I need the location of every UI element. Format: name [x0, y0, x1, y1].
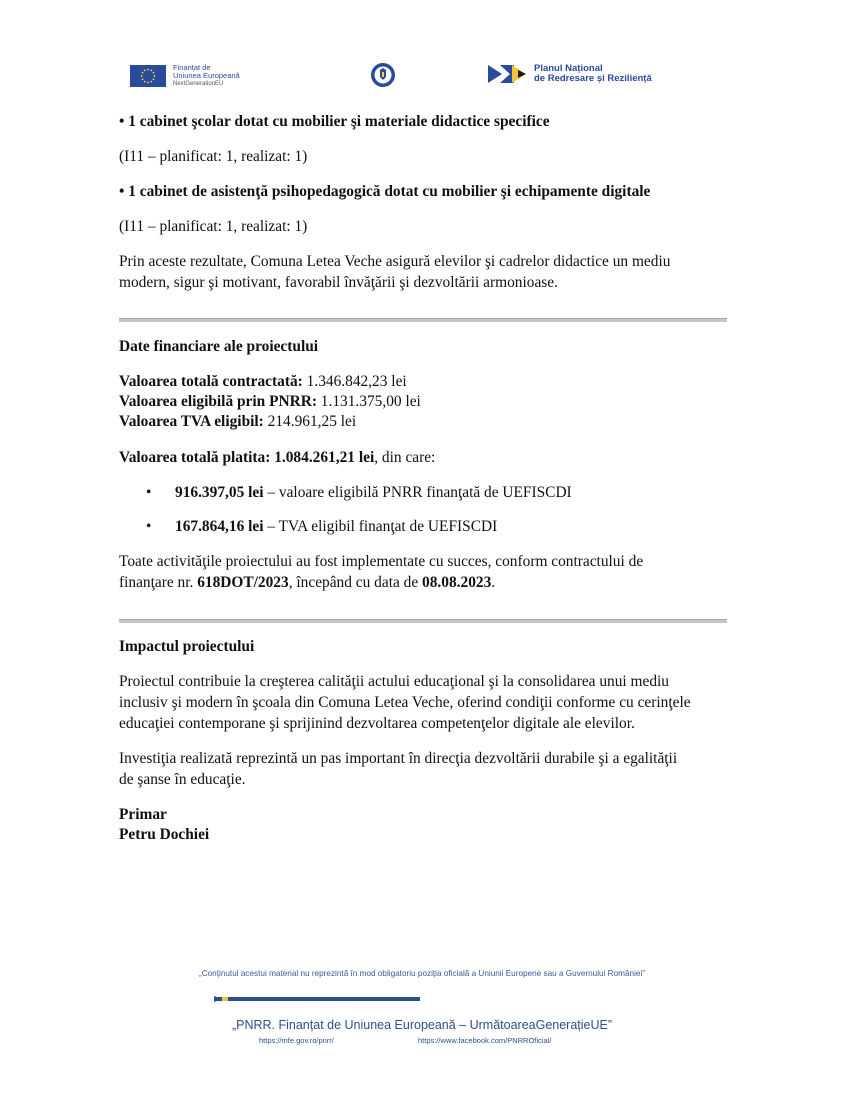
footer-arrow-icon: [214, 996, 222, 1002]
bullet-icon: •: [146, 482, 151, 503]
financial-row-label: Valoarea eligibilă prin PNRR:: [119, 393, 317, 410]
result-item-title: • 1 cabinet de asistenţă psihopedagogică…: [119, 181, 729, 202]
government-emblem-icon: [369, 61, 397, 89]
paid-label: Valoarea totală platita:: [119, 449, 274, 466]
document-page: Finanțat de Uniunea Europeană NextGenera…: [0, 0, 844, 1097]
impact-paragraph-line: inclusiv şi modern în şcoala din Comuna …: [119, 692, 729, 713]
conclusion-text: .: [491, 574, 495, 591]
pnrr-logo: Planul Național de Redresare și Rezilien…: [488, 64, 652, 84]
financial-row-label: Valoarea totală contractată:: [119, 373, 303, 390]
impact-paragraph-line: de şanse în educaţie.: [119, 769, 729, 790]
result-item-indicator: (I11 – planificat: 1, realizat: 1): [119, 216, 729, 237]
conclusion-line: Toate activităţile proiectului au fost i…: [119, 551, 729, 572]
impact-heading: Impactul proiectului: [119, 636, 729, 657]
eu-logo-line3: NextGenerationEU: [173, 80, 240, 88]
breakdown-desc: – TVA eligibil finanţat de UEFISCDI: [264, 518, 498, 535]
conclusion-line: finanţare nr. 618DOT/2023, începând cu d…: [119, 572, 729, 593]
impact-paragraph-line: Investiţia realizată reprezintă un pas i…: [119, 748, 729, 769]
results-summary-line: Prin aceste rezultate, Comuna Letea Vech…: [119, 251, 729, 272]
financial-row: Valoarea eligibilă prin PNRR: 1.131.375,…: [119, 391, 729, 412]
eu-flag-icon: [130, 65, 166, 87]
section-divider: [119, 619, 727, 623]
pnrr-arrow-icon: [488, 65, 528, 83]
footer-link-mfe[interactable]: https://mfe.gov.ro/pnrr/: [259, 1036, 334, 1045]
result-item-title: • 1 cabinet şcolar dotat cu mobilier şi …: [119, 111, 729, 132]
impact-paragraph-line: Proiectul contribuie la creşterea calită…: [119, 671, 729, 692]
financial-row-value: 1.346.842,23 lei: [303, 373, 407, 390]
impact-paragraph-line: educaţiei contemporane şi sprijinind dez…: [119, 713, 729, 734]
header-logos: Finanțat de Uniunea Europeană NextGenera…: [0, 60, 844, 90]
breakdown-amount: 916.397,05 lei: [175, 484, 264, 501]
footer-link-facebook[interactable]: https://www.facebook.com/PNRROficial/: [418, 1036, 551, 1045]
footer-slogan: „PNRR. Finanțat de Uniunea Europeană – U…: [0, 1018, 844, 1032]
conclusion-text: , începând cu data de: [289, 574, 422, 591]
bullet-icon: •: [146, 516, 151, 537]
section-divider: [119, 318, 727, 322]
footer-accent-mark: [222, 997, 228, 1001]
financial-row-value: 1.131.375,00 lei: [317, 393, 421, 410]
eu-logo-line2: Uniunea Europeană: [173, 72, 240, 80]
footer-divider-bar: [214, 997, 420, 1001]
eu-funding-logo: Finanțat de Uniunea Europeană NextGenera…: [130, 64, 240, 88]
financial-row: Valoarea totală contractată: 1.346.842,2…: [119, 371, 729, 392]
financial-row: Valoarea TVA eligibil: 214.961,25 lei: [119, 411, 729, 432]
financial-heading: Date financiare ale proiectului: [119, 336, 729, 357]
footer-disclaimer: „Conținutul acestui material nu reprezin…: [0, 969, 844, 978]
paid-suffix: , din care:: [374, 449, 435, 466]
financial-paid-total: Valoarea totală platita: 1.084.261,21 le…: [119, 447, 729, 468]
contract-number: 618DOT/2023: [197, 574, 289, 591]
conclusion-text: finanţare nr.: [119, 574, 197, 591]
contract-date: 08.08.2023: [422, 574, 491, 591]
breakdown-amount: 167.864,16 lei: [175, 518, 264, 535]
result-item-indicator: (I11 – planificat: 1, realizat: 1): [119, 146, 729, 167]
financial-row-label: Valoarea TVA eligibil:: [119, 413, 264, 430]
signature-role: Primar: [119, 804, 729, 825]
breakdown-desc: – valoare eligibilă PNRR finanţată de UE…: [264, 484, 572, 501]
pnrr-logo-line2: de Redresare și Reziliență: [534, 74, 652, 84]
paid-value: 1.084.261,21 lei: [274, 449, 374, 466]
signature-name: Petru Dochiei: [119, 824, 729, 845]
results-summary-line: modern, sigur şi motivant, favorabil înv…: [119, 272, 729, 293]
financial-row-value: 214.961,25 lei: [264, 413, 356, 430]
